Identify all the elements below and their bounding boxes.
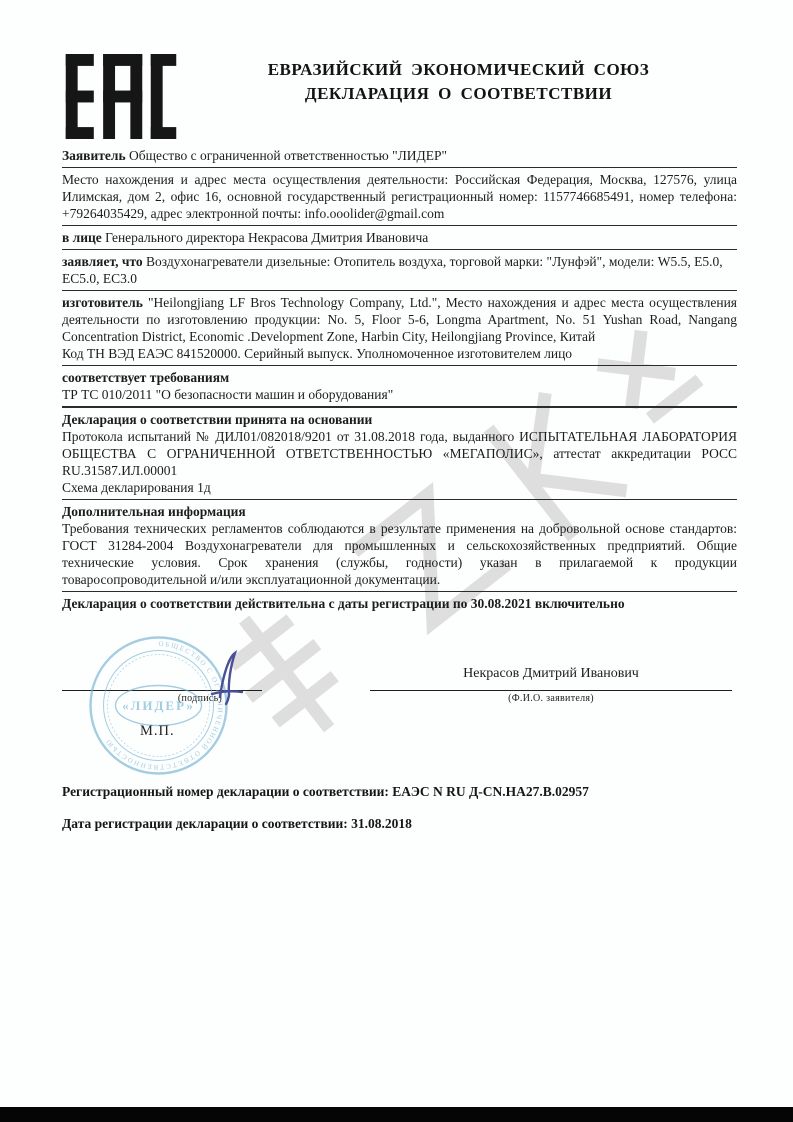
in-person-value: Генерального директора Некрасова Дмитрия…	[105, 230, 428, 245]
name-caption: (Ф.И.О. заявителя)	[370, 693, 732, 704]
union-title: ЕВРАЗИЙСКИЙ ЭКОНОМИЧЕСКИЙ СОЮЗ	[180, 58, 737, 82]
requirements-heading: соответствует требованиям	[62, 369, 737, 386]
additional-info-heading: Дополнительная информация	[62, 503, 737, 520]
requirements-section: соответствует требованиям ТР ТС 010/2011…	[62, 369, 737, 408]
address-section: Место нахождения и адрес места осуществл…	[62, 171, 737, 226]
document-title-block: ЕВРАЗИЙСКИЙ ЭКОНОМИЧЕСКИЙ СОЮЗ ДЕКЛАРАЦИ…	[180, 50, 737, 106]
name-line	[370, 690, 732, 691]
manufacturer-label: изготовитель	[62, 295, 143, 310]
registration-number-line: Регистрационный номер декларации о соотв…	[62, 783, 737, 800]
handwritten-signature	[198, 645, 258, 707]
stamp-center-text: «ЛИДЕР»	[122, 698, 195, 713]
registration-number-label: Регистрационный номер декларации о соотв…	[62, 784, 389, 799]
declares-section: заявляет, что Воздухонагреватели дизельн…	[62, 253, 737, 291]
document-content: ЕВРАЗИЙСКИЙ ЭКОНОМИЧЕСКИЙ СОЮЗ ДЕКЛАРАЦИ…	[0, 0, 793, 615]
validity-section: Декларация о соответствии действительна …	[62, 595, 737, 615]
registration-number-value: ЕАЭС N RU Д-CN.НА27.В.02957	[392, 784, 589, 799]
declaration-title: ДЕКЛАРАЦИЯ О СООТВЕТСТВИИ	[180, 82, 737, 106]
tn-ved-code-line: Код ТН ВЭД ЕАЭС 841520000. Серийный выпу…	[62, 345, 737, 362]
requirements-text: ТР ТС 010/2011 "О безопасности машин и о…	[62, 386, 737, 403]
registration-date-label: Дата регистрации декларации о соответств…	[62, 816, 348, 831]
scan-edge-bar	[0, 1107, 793, 1122]
eac-logo-icon	[62, 54, 180, 139]
applicant-name: Некрасов Дмитрий Иванович	[370, 666, 732, 682]
manufacturer-value: "Heilongjiang LF Bros Technology Company…	[62, 295, 737, 344]
applicant-label: Заявитель	[62, 148, 126, 163]
document-page: ЕВРАЗИЙСКИЙ ЭКОНОМИЧЕСКИЙ СОЮЗ ДЕКЛАРАЦИ…	[0, 0, 793, 1122]
additional-info-text: Требования технических регламентов соблю…	[62, 520, 737, 588]
declares-label: заявляет, что	[62, 254, 143, 269]
validity-text: Декларация о соответствии действительна …	[62, 595, 737, 612]
stamp-place-label: М.П.	[140, 723, 175, 740]
basis-section: Декларация о соответствии принята на осн…	[62, 411, 737, 500]
declaration-scheme: Схема декларирования 1д	[62, 479, 737, 496]
additional-info-section: Дополнительная информация Требования тех…	[62, 503, 737, 592]
in-person-label: в лице	[62, 230, 102, 245]
in-person-section: в лице Генерального директора Некрасова …	[62, 229, 737, 250]
registration-date-line: Дата регистрации декларации о соответств…	[62, 815, 737, 832]
manufacturer-section: изготовитель "Heilongjiang LF Bros Techn…	[62, 294, 737, 366]
declares-value: Воздухонагреватели дизельные: Отопитель …	[62, 254, 723, 286]
address-text: Место нахождения и адрес места осуществл…	[62, 171, 737, 222]
basis-text: Протокола испытаний № ДИЛ01/082018/9201 …	[62, 428, 737, 479]
applicant-value: Общество с ограниченной ответственностью…	[129, 148, 447, 163]
applicant-section: Заявитель Общество с ограниченной ответс…	[62, 147, 737, 168]
document-header: ЕВРАЗИЙСКИЙ ЭКОНОМИЧЕСКИЙ СОЮЗ ДЕКЛАРАЦИ…	[62, 50, 737, 139]
basis-heading: Декларация о соответствии принята на осн…	[62, 411, 737, 428]
registration-date-value: 31.08.2018	[351, 816, 412, 831]
